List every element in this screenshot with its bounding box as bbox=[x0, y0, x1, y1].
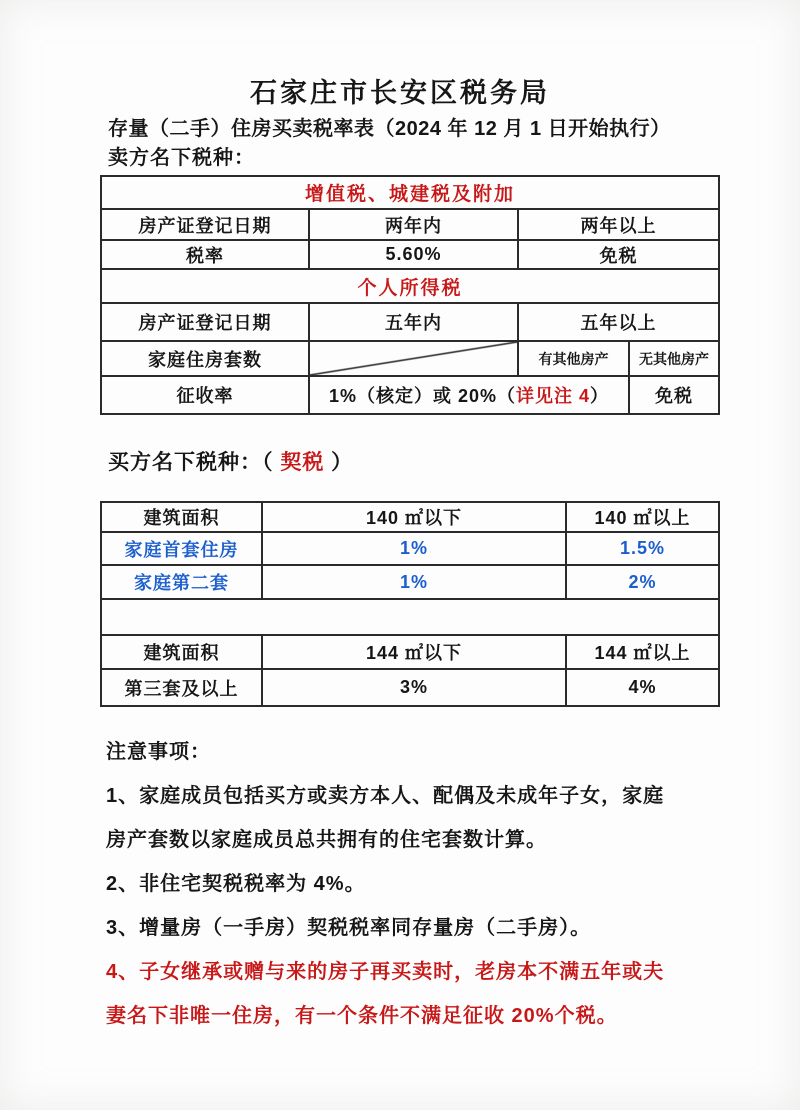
seller-section-label: 卖方名下税种： bbox=[108, 145, 255, 171]
table-row: 房产证登记日期 两年内 两年以上 bbox=[101, 209, 719, 240]
diagonal-slash-cell bbox=[309, 341, 518, 376]
family-units-label: 家庭住房套数 bbox=[101, 341, 309, 376]
reg-date-within-5y: 五年内 bbox=[309, 303, 518, 341]
second-home-over-rate: 2% bbox=[566, 565, 719, 599]
reg-date2-label: 房产证登记日期 bbox=[101, 303, 309, 341]
page-subtitle: 存量（二手）住房买卖税率表（2024 年 12 月 1 日开始执行） bbox=[108, 116, 671, 142]
first-home-label: 家庭首套住房 bbox=[101, 532, 262, 565]
note-1-line-2: 房产套数以家庭成员总共拥有的住宅套数计算。 bbox=[106, 818, 730, 862]
reg-date-within-2y: 两年内 bbox=[309, 209, 518, 240]
tax-notice-document: 石家庄市长安区税务局 存量（二手）住房买卖税率表（2024 年 12 月 1 日… bbox=[0, 0, 800, 1110]
third-home-under-rate: 3% bbox=[262, 669, 566, 706]
rate-within-2y: 5.60% bbox=[309, 240, 518, 269]
table-row: 个人所得税 bbox=[101, 269, 719, 303]
reg-date-over-5y: 五年以上 bbox=[518, 303, 719, 341]
levy-rate-value: 1%（核定）或 20%（ bbox=[329, 386, 516, 406]
table-row: 税率 5.60% 免税 bbox=[101, 240, 719, 269]
table-row: 第三套及以上 3% 4% bbox=[101, 669, 719, 706]
notes-heading: 注意事项： bbox=[106, 730, 730, 774]
rate-over-2y: 免税 bbox=[518, 240, 719, 269]
area140-under-cell: 140 ㎡以下 bbox=[262, 502, 566, 532]
page-title: 石家庄市长安区税务局 bbox=[0, 78, 800, 108]
area144-label: 建筑面积 bbox=[101, 635, 262, 669]
table-row: 家庭首套住房 1% 1.5% bbox=[101, 532, 719, 565]
area144-under-cell: 144 ㎡以下 bbox=[262, 635, 566, 669]
levy-rate-value-cell: 1%（核定）或 20%（详见注 4） bbox=[309, 376, 629, 414]
table-row bbox=[101, 599, 719, 635]
reg-date-over-2y: 两年以上 bbox=[518, 209, 719, 240]
third-home-label: 第三套及以上 bbox=[101, 669, 262, 706]
table-row: 房产证登记日期 五年内 五年以上 bbox=[101, 303, 719, 341]
area140-over-cell: 140 ㎡以上 bbox=[566, 502, 719, 532]
note-4-line-1: 4、子女继承或赠与来的房子再买卖时，老房本不满五年或夫 bbox=[106, 950, 730, 994]
vat-section-header: 增值税、城建税及附加 bbox=[101, 176, 719, 209]
buyer-label-prefix: 买方名下税种：（ bbox=[108, 451, 280, 474]
has-other-property-cell: 有其他房产 bbox=[518, 341, 629, 376]
reg-date-label: 房产证登记日期 bbox=[101, 209, 309, 240]
third-home-over-rate: 4% bbox=[566, 669, 719, 706]
buyer-tax-table: 建筑面积 140 ㎡以下 140 ㎡以上 家庭首套住房 1% 1.5% 家庭第二… bbox=[100, 501, 720, 707]
levy-rate-value-close: ） bbox=[590, 386, 609, 406]
levy-rate-note-ref: 详见注 4 bbox=[516, 386, 590, 406]
deed-tax-name: 契税 bbox=[280, 451, 324, 474]
income-tax-section-header: 个人所得税 bbox=[101, 269, 719, 303]
note-4-line-2: 妻名下非唯一住房，有一个条件不满足征收 20%个税。 bbox=[106, 994, 730, 1038]
table-row: 建筑面积 144 ㎡以下 144 ㎡以上 bbox=[101, 635, 719, 669]
levy-rate-exempt-cell: 免税 bbox=[629, 376, 719, 414]
seller-tax-table: 增值税、城建税及附加 房产证登记日期 两年内 两年以上 税率 5.60% 免税 … bbox=[100, 175, 720, 415]
area140-label: 建筑面积 bbox=[101, 502, 262, 532]
buyer-label-suffix: ） bbox=[324, 451, 353, 474]
levy-rate-label: 征收率 bbox=[101, 376, 309, 414]
second-home-under-rate: 1% bbox=[262, 565, 566, 599]
second-home-label: 家庭第二套 bbox=[101, 565, 262, 599]
notes-section: 注意事项： 1、家庭成员包括买方或卖方本人、配偶及未成年子女，家庭 房产套数以家… bbox=[106, 730, 730, 1038]
table-row: 家庭住房套数 有其他房产 无其他房产 bbox=[101, 341, 719, 376]
buyer-section-label: 买方名下税种：（ 契税 ） bbox=[108, 450, 353, 476]
first-home-over-rate: 1.5% bbox=[566, 532, 719, 565]
no-other-property-cell: 无其他房产 bbox=[629, 341, 719, 376]
spacer-cell bbox=[101, 599, 719, 635]
note-1-line-1: 1、家庭成员包括买方或卖方本人、配偶及未成年子女，家庭 bbox=[106, 774, 730, 818]
first-home-under-rate: 1% bbox=[262, 532, 566, 565]
note-3: 3、增量房（一手房）契税税率同存量房（二手房）。 bbox=[106, 906, 730, 950]
table-row: 增值税、城建税及附加 bbox=[101, 176, 719, 209]
table-row: 家庭第二套 1% 2% bbox=[101, 565, 719, 599]
rate-label: 税率 bbox=[101, 240, 309, 269]
table-row: 征收率 1%（核定）或 20%（详见注 4） 免税 bbox=[101, 376, 719, 414]
area144-over-cell: 144 ㎡以上 bbox=[566, 635, 719, 669]
note-2: 2、非住宅契税税率为 4%。 bbox=[106, 862, 730, 906]
table-row: 建筑面积 140 ㎡以下 140 ㎡以上 bbox=[101, 502, 719, 532]
